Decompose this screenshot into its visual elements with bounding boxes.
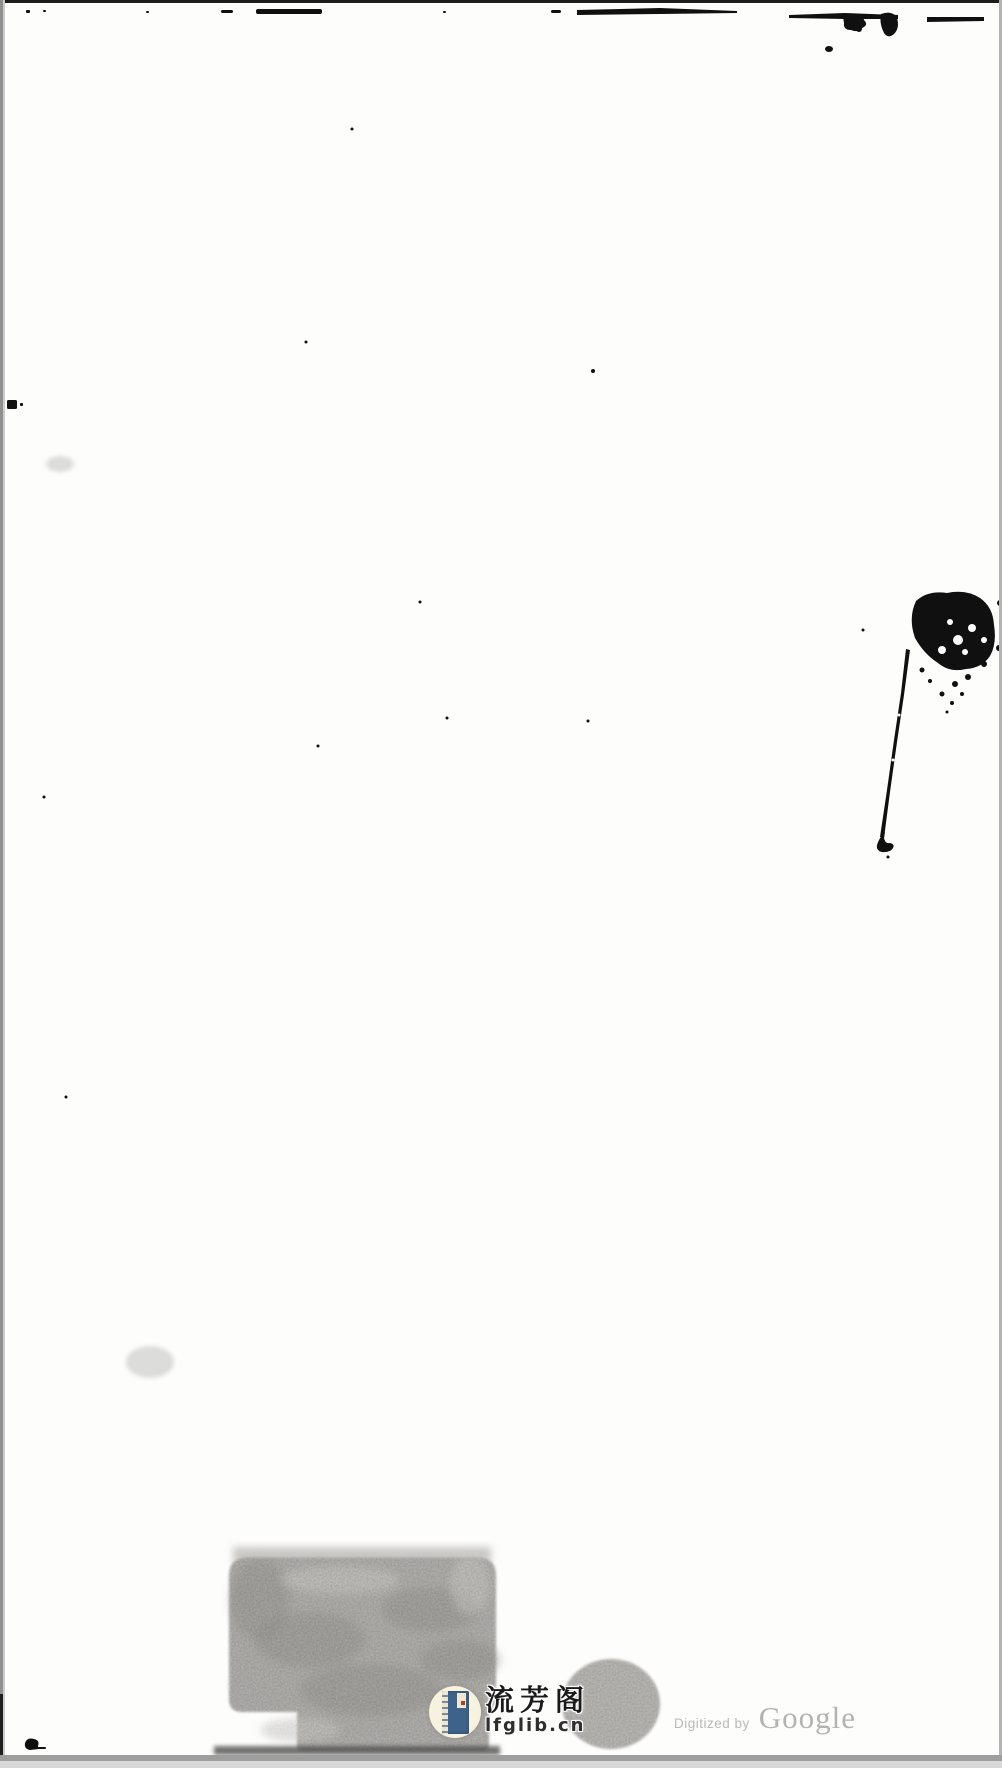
digitized-by-label: Digitized by xyxy=(674,1716,750,1731)
lfglib-watermark: 流芳阁 lfglib.cn xyxy=(429,1686,590,1738)
scan-artifacts-canvas xyxy=(0,0,1002,1768)
scan-bottom-band xyxy=(0,1761,1002,1768)
scan-left-edge-dark-segment xyxy=(0,1694,3,1758)
book-binding-stitches xyxy=(442,1691,448,1734)
watermark-site-domain: lfglib.cn xyxy=(485,1716,590,1735)
ink-artifacts xyxy=(0,0,1002,1750)
watermark-badge-circle xyxy=(429,1686,481,1738)
scanned-page: 流芳阁 lfglib.cn Digitized by Google xyxy=(0,0,1002,1768)
watermark-texts: 流芳阁 lfglib.cn xyxy=(485,1686,590,1735)
scan-left-edge-line-light xyxy=(3,0,5,1768)
book-red-seal xyxy=(461,1701,465,1705)
digitized-by-google-footer: Digitized by Google xyxy=(674,1700,856,1736)
google-logo: Google xyxy=(759,1700,856,1736)
scan-tab-shadow xyxy=(214,1746,500,1755)
chinese-stitched-book-icon xyxy=(442,1691,469,1734)
watermark-site-name: 流芳阁 xyxy=(485,1686,590,1716)
